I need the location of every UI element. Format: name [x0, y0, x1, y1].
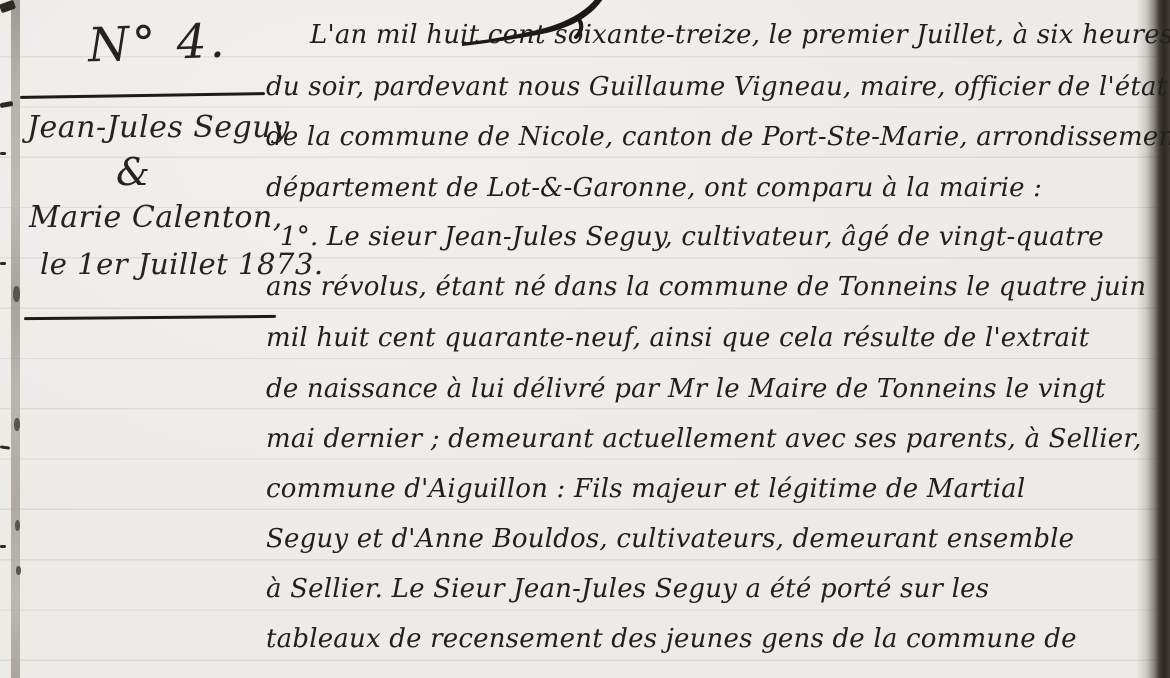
manuscript-line: Seguy et d'Anne Bouldos, cultivateurs, d… — [266, 524, 1074, 554]
manuscript-line: du soir, pardevant nous Guillaume Vignea… — [266, 72, 1170, 102]
record-number: N° 4. — [87, 14, 228, 74]
manuscript-line: commune d'Aiguillon : Fils majeur et lég… — [266, 474, 1025, 504]
manuscript-line: mil huit cent quarante-neuf, ainsi que c… — [266, 323, 1089, 353]
cutoff-writing-mark — [0, 545, 6, 548]
ink-smudge — [13, 286, 20, 302]
ink-smudge — [15, 520, 20, 531]
cutoff-writing-mark — [0, 262, 6, 265]
ink-smudge — [16, 566, 21, 575]
manuscript-line: ans révolus, étant né dans la commune de… — [266, 272, 1146, 302]
manuscript-line: de naissance à lui délivré par Mr le Mai… — [266, 374, 1106, 404]
margin-ampersand: & — [116, 150, 150, 194]
margin-rule-bottom — [24, 315, 276, 320]
ink-smudge — [14, 418, 20, 431]
margin-rule-top — [20, 92, 265, 98]
manuscript-line: à Sellier. Le Sieur Jean-Jules Seguy a é… — [266, 574, 989, 604]
margin-groom-name: Jean-Jules Seguy — [27, 110, 290, 145]
manuscript-line: 1°. Le sieur Jean-Jules Seguy, cultivate… — [266, 222, 1104, 252]
margin-bride-name: Marie Calenton, — [29, 200, 283, 235]
cutoff-writing-mark — [0, 152, 6, 155]
manuscript-line: de la commune de Nicole, canton de Port-… — [266, 122, 1170, 152]
scanned-register-page: N° 4. Jean-Jules Seguy & Marie Calenton,… — [0, 0, 1170, 678]
manuscript-line: mai dernier ; demeurant actuellement ave… — [266, 424, 1142, 454]
manuscript-line: département de Lot-&-Garonne, ont compar… — [266, 173, 1042, 203]
cutoff-writing-mark — [0, 445, 10, 449]
manuscript-line: L'an mil huit cent soixante-treize, le p… — [266, 20, 1170, 50]
manuscript-line: tableaux de recensement des jeunes gens … — [266, 624, 1077, 654]
